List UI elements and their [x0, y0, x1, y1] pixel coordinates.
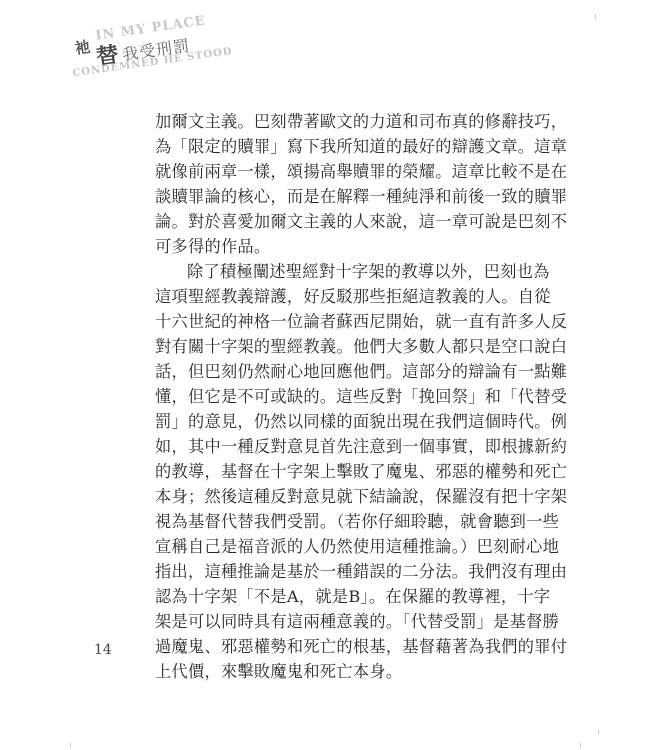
crop-mark — [70, 743, 71, 748]
text-line: 談贖罪論的核心，而是在解釋一種純淨和前後一致的贖罪 — [155, 184, 517, 209]
logo-chinese-prefix: 祂 — [74, 36, 92, 59]
text-line: 如，其中一種反對意見首先注意到一個事實，即根據新約 — [155, 434, 517, 459]
crop-mark — [580, 743, 581, 748]
crop-mark — [595, 14, 596, 19]
text-line: 認為十字架「不是A，就是B」。在保羅的教導裡，十字 — [155, 584, 517, 609]
text-line: 十六世紀的神格一位論者蘇西尼開始，就一直有許多人反 — [155, 309, 517, 334]
text-line: 上代價，來擊敗魔鬼和死亡本身。 — [155, 659, 517, 684]
text-line: 加爾文主義。巴刻帶著歐文的力道和司布真的修辭技巧， — [155, 109, 517, 134]
text-line: 的教導，基督在十字架上擊敗了魔鬼、邪惡的權勢和死亡 — [155, 459, 517, 484]
body-text: 加爾文主義。巴刻帶著歐文的力道和司布真的修辭技巧，為「限定的贖罪」寫下我所知道的… — [155, 109, 517, 684]
text-line: 除了積極闡述聖經對十字架的教導以外，巴刻也為 — [155, 259, 517, 284]
text-line: 指出，這種推論是基於一種錯誤的二分法。我們沒有理由 — [155, 559, 517, 584]
text-line: 就像前兩章一樣，頌揚高舉贖罪的榮耀。這章比較不是在 — [155, 159, 517, 184]
text-line: 懂，但它是不可或缺的。這些反對「挽回祭」和「代替受 — [155, 384, 517, 409]
text-line: 視為基督代替我們受罰。（若你仔細聆聽，就會聽到一些 — [155, 509, 517, 534]
text-line: 架是可以同時具有這兩種意義的。「代替受罰」是基督勝 — [155, 609, 517, 634]
text-line: 罰」的意見，仍然以同樣的面貌出現在我們這個時代。例 — [155, 409, 517, 434]
crop-mark — [598, 729, 599, 734]
text-line: 話，但巴刻仍然耐心地回應他們。這部分的辯論有一點難 — [155, 359, 517, 384]
text-line: 可多得的作品。 — [155, 234, 517, 259]
text-line: 論。對於喜愛加爾文主義的人來說，這一章可說是巴刻不 — [155, 209, 517, 234]
text-line: 對有關十字架的聖經教義。他們大多數人都只是空口說白 — [155, 334, 517, 359]
text-line: 宣稱自己是福音派的人仍然使用這種推論。）巴刻耐心地 — [155, 534, 517, 559]
book-title-logo: IN MY PLACE 祂 替 我受刑罰 CONDEMNED HE STOOD — [72, 0, 269, 85]
text-line: 本身；然後這種反對意見就下結論說，保羅沒有把十字架 — [155, 484, 517, 509]
text-line: 這項聖經教義辯護，好反駁那些拒絕這教義的人。自從 — [155, 284, 517, 309]
text-line: 為「限定的贖罪」寫下我所知道的最好的辯護文章。這章 — [155, 134, 517, 159]
text-line: 過魔鬼、邪惡權勢和死亡的根基，基督藉著為我們的罪付 — [155, 634, 517, 659]
page-number: 14 — [94, 642, 112, 658]
